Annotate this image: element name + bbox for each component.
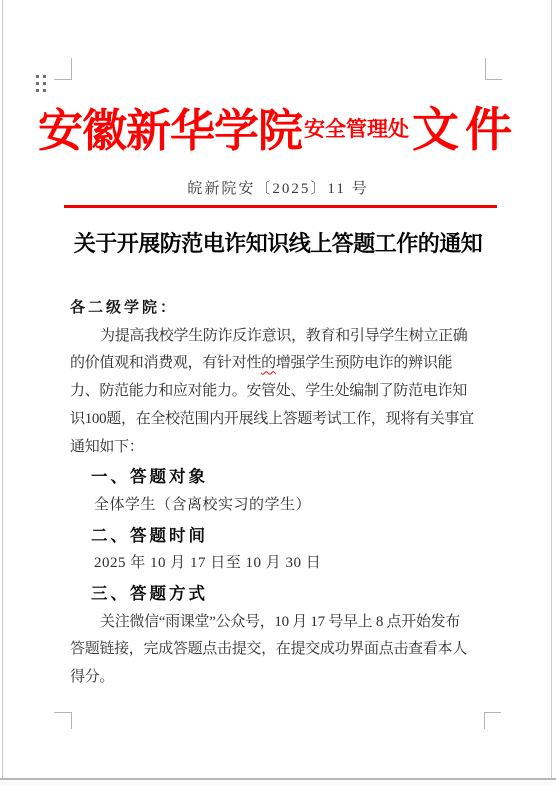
document-letterhead: 安徽新华学院 安全管理处 文件 [0,96,556,156]
crop-mark-bottom-right [484,712,501,729]
document-body: 各二级学院： 为提高我校学生防诈反诈意识，教育和引导学生树立正确 的价值观和消费… [70,295,490,692]
org-name: 安徽新华学院 [38,94,302,159]
document-page: 安徽新华学院 安全管理处 文件 皖新院安〔2025〕11 号 关于开展防范电诈知… [0,0,556,785]
document-title: 关于开展防范电诈知识线上答题工作的通知 [0,227,556,258]
section-heading-2: 二、答题时间 [70,523,490,551]
paragraph-line: 答题链接，完成答题点击提交，在提交成功界面点击查看本人 [70,636,490,664]
section-heading-1: 一、答题对象 [70,464,490,492]
paragraph-line: 力、防范能力和应对能力。安管处、学生处编制了防范电诈知 [70,378,490,406]
crop-mark-top-left [54,58,72,80]
spellcheck-wavy-text: 的 [261,355,276,371]
section-body-1: 全体学生（含离校实习的学生） [70,492,490,520]
crop-mark-top-right [485,58,502,80]
document-number: 皖新院安〔2025〕11 号 [0,177,556,198]
section-body-2: 2025 年 10 月 17 日至 10 月 30 日 [70,550,490,578]
section-heading-3: 三、答题方式 [70,581,490,609]
salutation: 各二级学院： [70,295,490,323]
paragraph-line: 识100题，在全校范围内开展线上答题考试工作，现将有关事宜 [70,406,490,434]
paragraph-line: 的价值观和消费观，有针对性的增强学生预防电诈的辨识能 [70,350,490,378]
drag-dots-icon [36,75,47,93]
line-text: 增强学生预防电诈的辨识能 [276,355,452,371]
doc-word: 文件 [412,93,518,160]
dept-name: 安全管理处 [304,113,409,143]
page-bottom-edge [0,778,556,785]
paragraph-line: 为提高我校学生防诈反诈意识，教育和引导学生树立正确 [70,323,490,351]
paragraph-line: 通知如下： [70,434,490,462]
paragraph-line: 关注微信“雨课堂”公众号，10 月 17 号早上 8 点开始发布 [70,609,490,637]
paragraph-line: 得分。 [70,664,490,692]
red-divider-line [64,205,497,208]
crop-mark-bottom-left [54,712,72,729]
line-text: 的价值观和消费观，有针对性 [70,355,261,371]
